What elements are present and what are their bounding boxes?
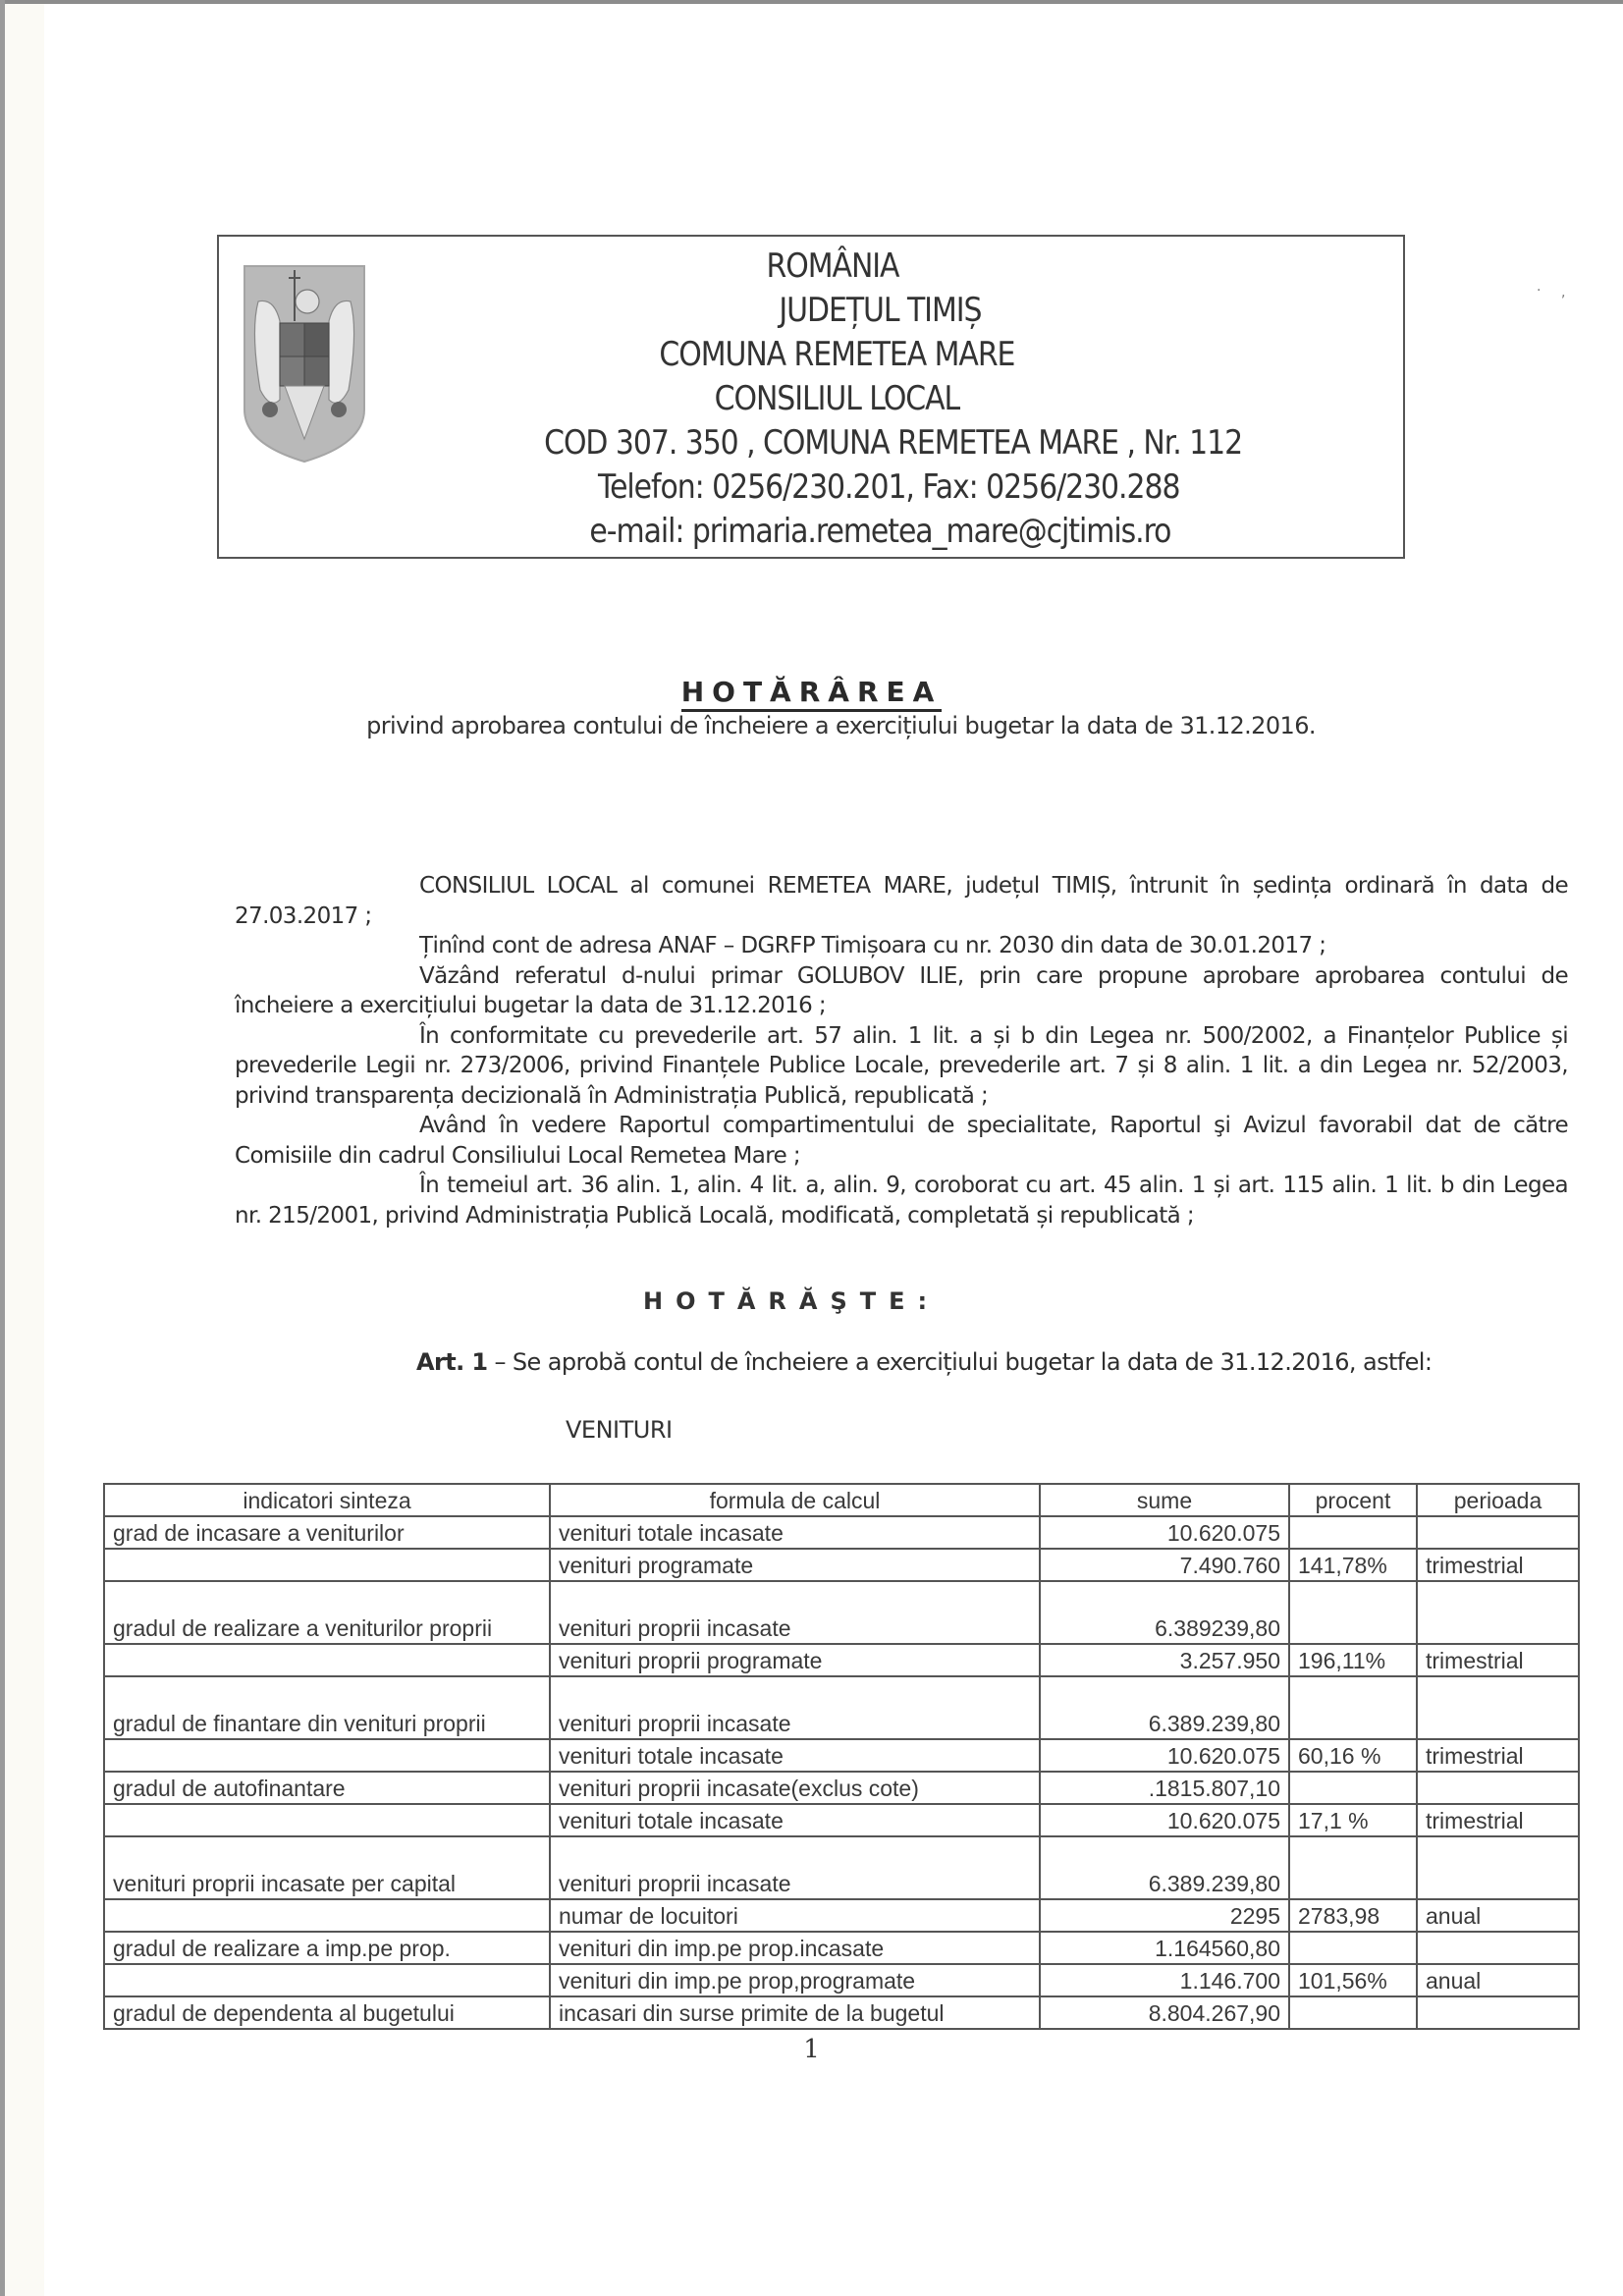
cell-perioada <box>1417 1516 1579 1549</box>
article-1: Art. 1 – Se aprobă contul de încheiere a… <box>416 1348 1432 1376</box>
cell-procent <box>1289 1772 1417 1804</box>
column-header-perioada: perioada <box>1417 1484 1579 1516</box>
cell-sume: 10.620.075 <box>1040 1516 1289 1549</box>
column-header-sume: sume <box>1040 1484 1289 1516</box>
table-header-row: indicatori sinteza formula de calcul sum… <box>104 1484 1579 1516</box>
cell-sume: 6.389.239,80 <box>1040 1676 1289 1739</box>
cell-indicator <box>104 1964 550 1996</box>
email-address: e-mail: primaria.remetea_mare@cjtimis.ro <box>290 510 1331 554</box>
cell-formula: venituri totale incasate <box>550 1516 1040 1549</box>
document-title-text: HOTĂRÂREA <box>681 676 943 712</box>
cell-sume: .1815.807,10 <box>1040 1772 1289 1804</box>
document-subtitle: privind aprobarea contului de încheiere … <box>0 712 1623 739</box>
cell-sume: 1.164560,80 <box>1040 1932 1289 1964</box>
page-number: 1 <box>0 2035 1623 2064</box>
cell-sume: 10.620.075 <box>1040 1739 1289 1772</box>
cell-procent: 101,56% <box>1289 1964 1417 1996</box>
cell-indicator: gradul de realizare a imp.pe prop. <box>104 1932 550 1964</box>
cell-procent: 2783,98 <box>1289 1899 1417 1932</box>
cell-procent <box>1289 1676 1417 1739</box>
table-row: gradul de autofinantarevenituri proprii … <box>104 1772 1579 1804</box>
table-row: gradul de dependenta al bugetuluiincasar… <box>104 1996 1579 2029</box>
cell-indicator: gradul de dependenta al bugetului <box>104 1996 550 2029</box>
cell-indicator: venituri proprii incasate per capital <box>104 1836 550 1899</box>
scan-speck: , <box>1561 285 1565 301</box>
cell-indicator <box>104 1739 550 1772</box>
document-title: HOTĂRÂREA <box>0 676 1623 708</box>
cell-procent <box>1289 1836 1417 1899</box>
cell-indicator: gradul de autofinantare <box>104 1772 550 1804</box>
cell-formula: venituri totale incasate <box>550 1804 1040 1836</box>
scan-edge-left <box>0 0 5 2296</box>
cell-sume: 3.257.950 <box>1040 1644 1289 1676</box>
section-label-venituri: VENITURI <box>566 1416 673 1444</box>
cell-sume: 6.389.239,80 <box>1040 1836 1289 1899</box>
cell-formula: venituri proprii incasate <box>550 1676 1040 1739</box>
cell-procent <box>1289 1996 1417 2029</box>
cell-formula: incasari din surse primite de la bugetul <box>550 1996 1040 2029</box>
cell-formula: venituri proprii incasate <box>550 1836 1040 1899</box>
cell-sume: 7.490.760 <box>1040 1549 1289 1581</box>
preamble-paragraph: În conformitate cu prevederile art. 57 a… <box>235 1021 1568 1112</box>
indicators-table-container: indicatori sinteza formula de calcul sum… <box>103 1483 1580 2030</box>
cell-sume: 10.620.075 <box>1040 1804 1289 1836</box>
commune-name: COMUNA REMETEA MARE <box>290 333 1331 377</box>
table-row: gradul de realizare a veniturilor propri… <box>104 1581 1579 1644</box>
cell-formula: venituri din imp.pe prop,programate <box>550 1964 1040 1996</box>
preamble-paragraph: Având în vedere Raportul compartimentulu… <box>235 1111 1568 1171</box>
county-name: JUDEȚUL TIMIȘ <box>290 289 1331 333</box>
preamble-paragraph: În temeiul art. 36 alin. 1, alin. 4 lit.… <box>235 1171 1568 1230</box>
letterhead-box: ROMÂNIA JUDEȚUL TIMIȘ COMUNA REMETEA MAR… <box>217 235 1405 559</box>
table-row: venituri totale incasate10.620.07517,1 %… <box>104 1804 1579 1836</box>
table-row: gradul de realizare a imp.pe prop.venitu… <box>104 1932 1579 1964</box>
decision-heading: HOTĂRĂŞTE: <box>643 1287 940 1315</box>
cell-sume: 6.389239,80 <box>1040 1581 1289 1644</box>
cell-procent <box>1289 1581 1417 1644</box>
postal-address: COD 307. 350 , COMUNA REMETEA MARE , Nr.… <box>290 421 1331 465</box>
preamble-paragraph: Văzând referatul d-nului primar GOLUBOV … <box>235 961 1568 1021</box>
cell-perioada <box>1417 1676 1579 1739</box>
cell-procent: 196,11% <box>1289 1644 1417 1676</box>
cell-perioada: trimestrial <box>1417 1739 1579 1772</box>
cell-indicator <box>104 1549 550 1581</box>
cell-perioada: trimestrial <box>1417 1644 1579 1676</box>
cell-formula: venituri proprii incasate <box>550 1581 1040 1644</box>
cell-indicator <box>104 1899 550 1932</box>
table-body: grad de incasare a veniturilorvenituri t… <box>104 1516 1579 2029</box>
table-row: venituri totale incasate10.620.07560,16 … <box>104 1739 1579 1772</box>
scan-edge-top <box>0 0 1623 4</box>
cell-indicator <box>104 1644 550 1676</box>
table-row: venituri programate7.490.760141,78%trime… <box>104 1549 1579 1581</box>
cell-indicator: gradul de finantare din venituri proprii <box>104 1676 550 1739</box>
country-name: ROMÂNIA <box>290 245 1331 289</box>
preamble-paragraph: CONSILIUL LOCAL al comunei REMETEA MARE,… <box>235 871 1568 931</box>
cell-formula: numar de locuitori <box>550 1899 1040 1932</box>
cell-formula: venituri programate <box>550 1549 1040 1581</box>
table-row: venituri din imp.pe prop,programate1.146… <box>104 1964 1579 1996</box>
table-row: venituri proprii programate3.257.950196,… <box>104 1644 1579 1676</box>
preamble-paragraph: Ținînd cont de adresa ANAF – DGRFP Timiș… <box>235 931 1568 961</box>
cell-perioada <box>1417 1581 1579 1644</box>
preamble: CONSILIUL LOCAL al comunei REMETEA MARE,… <box>235 871 1568 1230</box>
cell-sume: 1.146.700 <box>1040 1964 1289 1996</box>
council-name: CONSILIUL LOCAL <box>290 377 1331 421</box>
cell-formula: venituri totale incasate <box>550 1739 1040 1772</box>
scan-speck: · <box>1537 283 1541 299</box>
cell-perioada <box>1417 1772 1579 1804</box>
table-row: venituri proprii incasate per capitalven… <box>104 1836 1579 1899</box>
cell-perioada <box>1417 1836 1579 1899</box>
cell-perioada: anual <box>1417 1964 1579 1996</box>
cell-procent <box>1289 1516 1417 1549</box>
cell-perioada: trimestrial <box>1417 1549 1579 1581</box>
letterhead-text: ROMÂNIA JUDEȚUL TIMIȘ COMUNA REMETEA MAR… <box>219 237 1403 554</box>
cell-indicator: gradul de realizare a veniturilor propri… <box>104 1581 550 1644</box>
column-header-formula: formula de calcul <box>550 1484 1040 1516</box>
cell-indicator <box>104 1804 550 1836</box>
cell-procent: 60,16 % <box>1289 1739 1417 1772</box>
cell-procent: 141,78% <box>1289 1549 1417 1581</box>
cell-perioada <box>1417 1932 1579 1964</box>
cell-sume: 2295 <box>1040 1899 1289 1932</box>
cell-indicator: grad de incasare a veniturilor <box>104 1516 550 1549</box>
cell-formula: venituri proprii programate <box>550 1644 1040 1676</box>
phone-fax: Telefon: 0256/230.201, Fax: 0256/230.288 <box>290 465 1331 510</box>
article-1-text: – Se aprobă contul de încheiere a exerci… <box>487 1348 1432 1376</box>
cell-procent <box>1289 1932 1417 1964</box>
cell-perioada <box>1417 1996 1579 2029</box>
scan-margin <box>5 0 44 2296</box>
article-1-label: Art. 1 <box>416 1348 487 1376</box>
column-header-indicator: indicatori sinteza <box>104 1484 550 1516</box>
cell-perioada: trimestrial <box>1417 1804 1579 1836</box>
table-row: gradul de finantare din venituri proprii… <box>104 1676 1579 1739</box>
cell-formula: venituri proprii incasate(exclus cote) <box>550 1772 1040 1804</box>
cell-perioada: anual <box>1417 1899 1579 1932</box>
cell-procent: 17,1 % <box>1289 1804 1417 1836</box>
cell-sume: 8.804.267,90 <box>1040 1996 1289 2029</box>
table-row: grad de incasare a veniturilorvenituri t… <box>104 1516 1579 1549</box>
table-row: numar de locuitori22952783,98anual <box>104 1899 1579 1932</box>
column-header-procent: procent <box>1289 1484 1417 1516</box>
cell-formula: venituri din imp.pe prop.incasate <box>550 1932 1040 1964</box>
indicators-table: indicatori sinteza formula de calcul sum… <box>103 1483 1580 2030</box>
